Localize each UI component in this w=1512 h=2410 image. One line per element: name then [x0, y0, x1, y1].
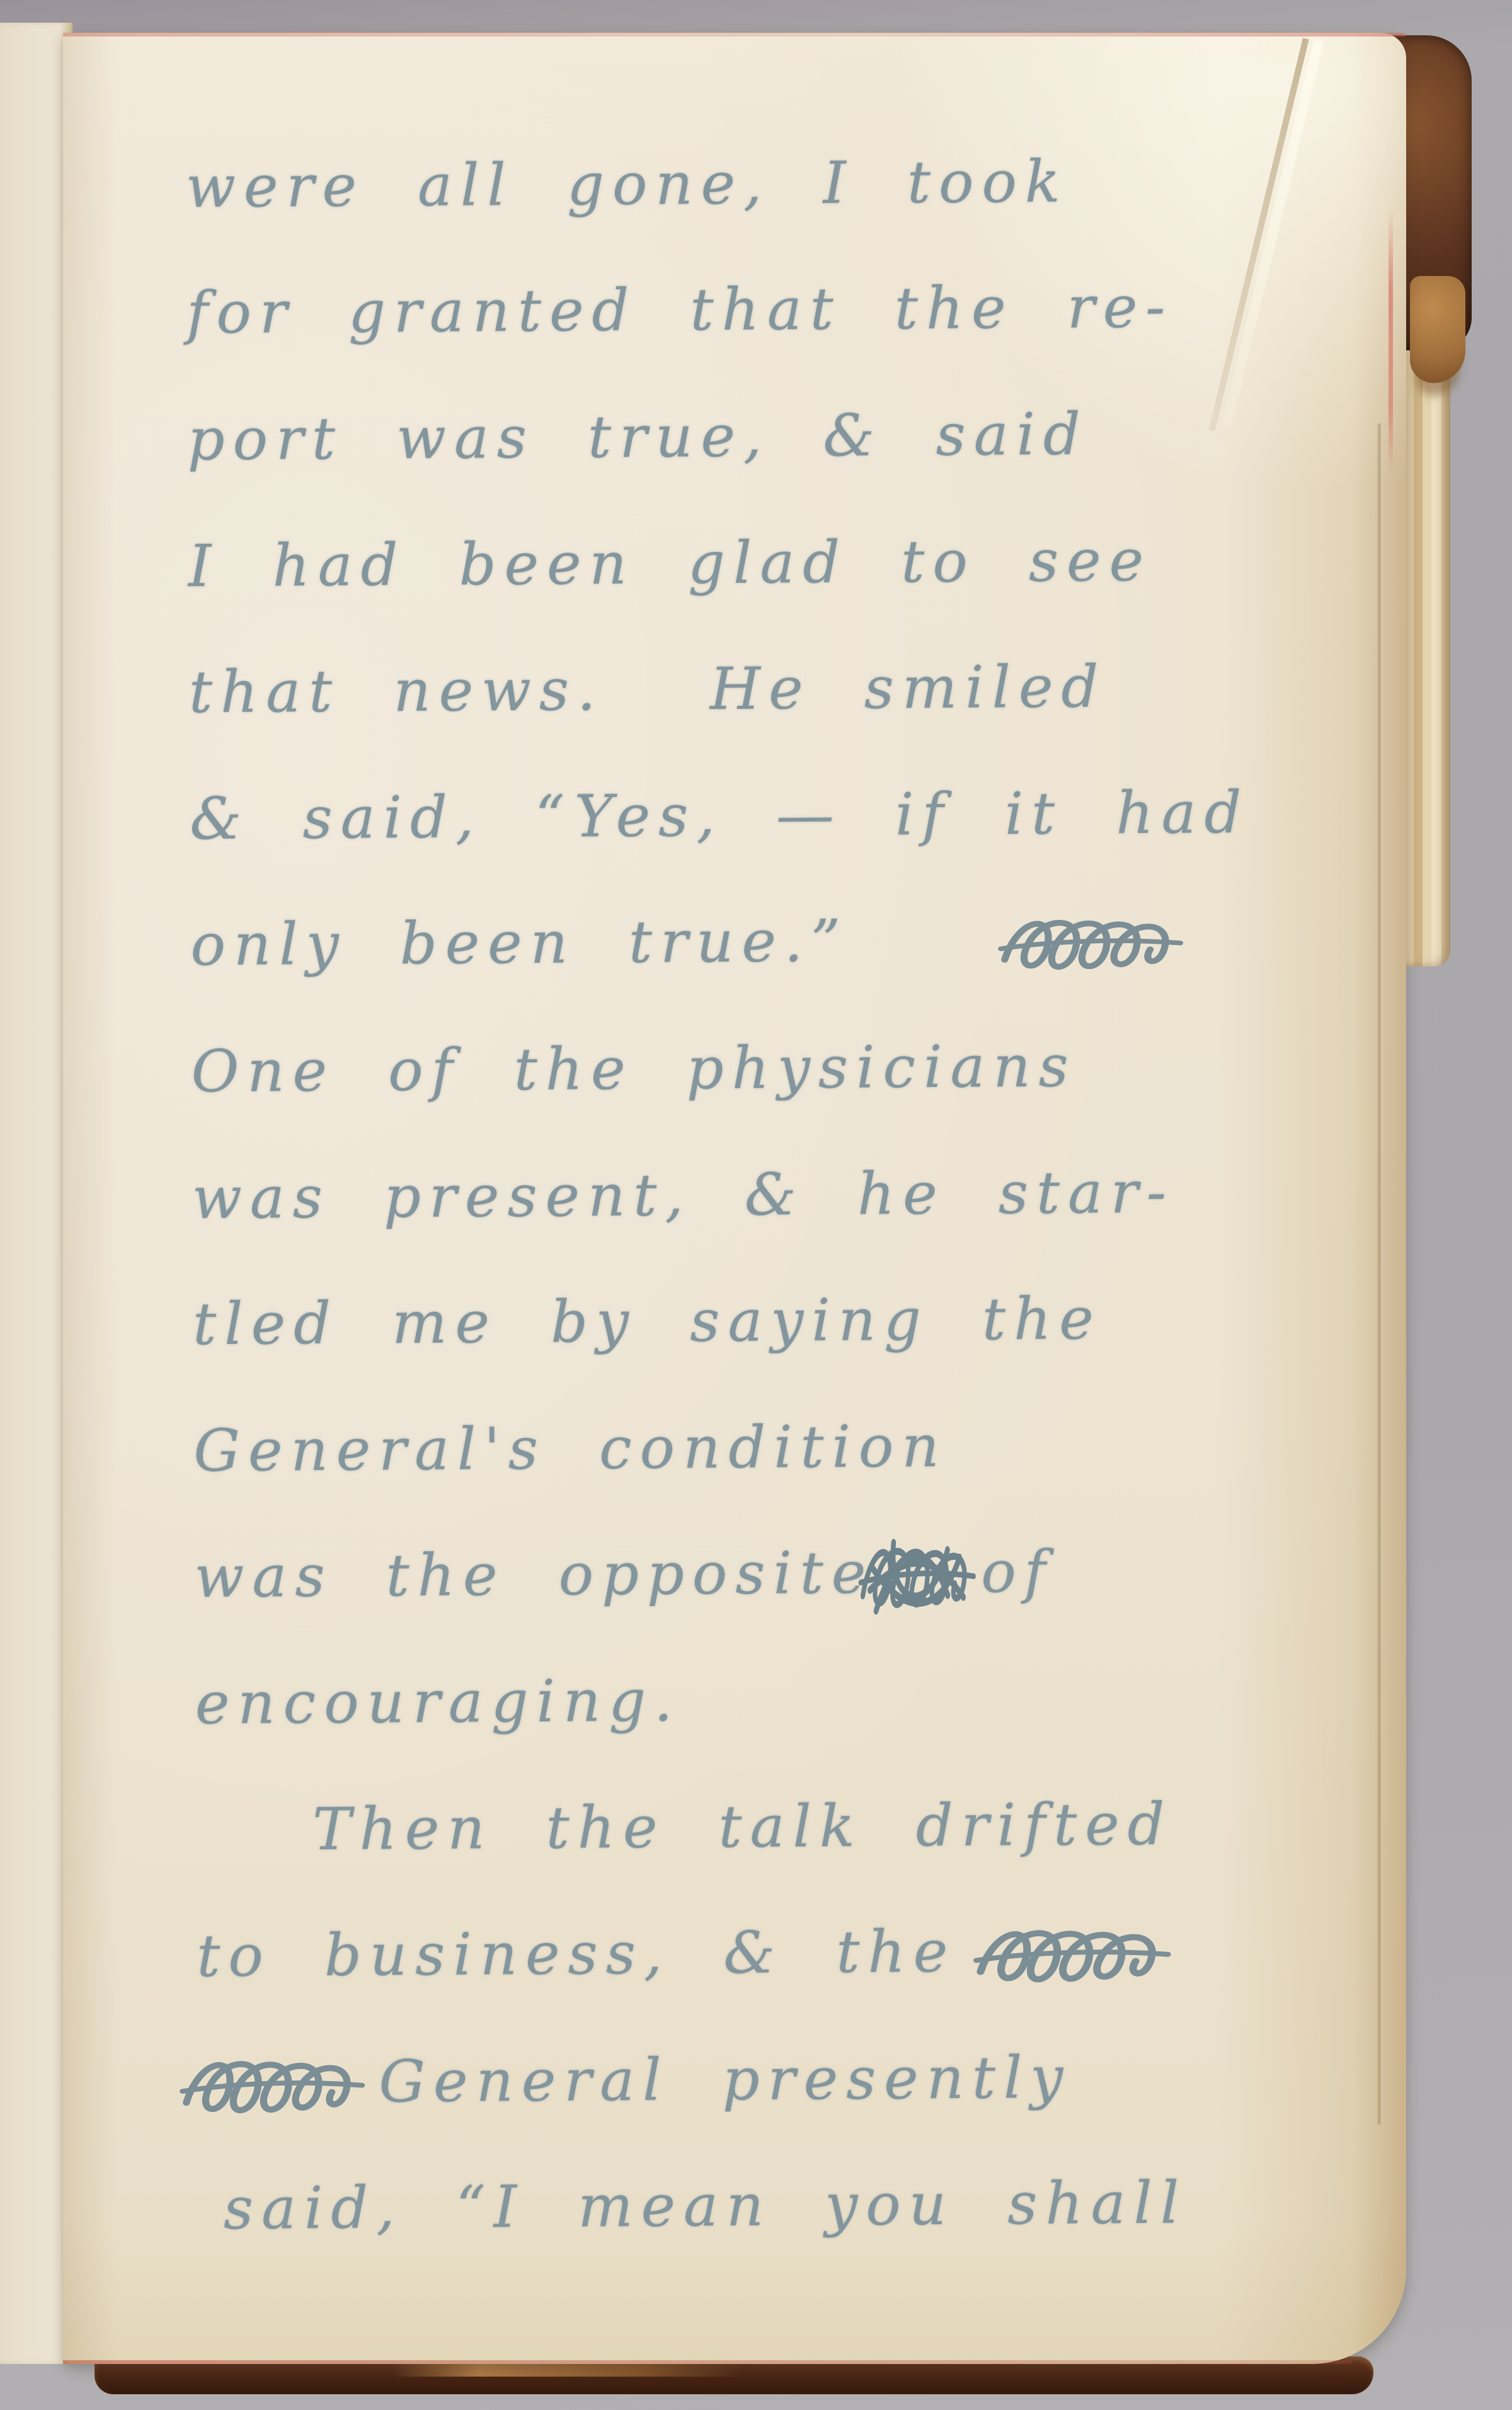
red-edge-stain-top	[63, 33, 1406, 37]
handwriting-text: was the opposite	[194, 1539, 874, 1611]
scribble-strikeout	[857, 1529, 978, 1624]
handwriting-line: One of the physicians	[191, 1001, 1483, 1135]
handwriting-line: encouraging.	[195, 1632, 1487, 1767]
handwritten-text: were all gone, I tookfor granted that th…	[186, 116, 1491, 2273]
handwriting-text: & said, “Yes, — if it had	[190, 779, 1250, 852]
red-edge-stain-bottom	[63, 2360, 1353, 2364]
notebook-page: were all gone, I tookfor granted that th…	[63, 33, 1406, 2364]
handwriting-line: & said, “Yes, — if it had	[190, 748, 1482, 882]
handwriting-line: port was true, & said	[187, 369, 1479, 503]
handwriting-line: were all gone, I took	[186, 116, 1478, 250]
handwriting-line: tled me by saying the	[193, 1253, 1485, 1387]
handwriting-text: of	[981, 1538, 1054, 1606]
scribble-strikeout	[972, 1913, 1174, 1996]
handwriting-text: General presently	[379, 2043, 1071, 2115]
handwriting-text: encouraging.	[195, 1667, 681, 1737]
handwriting-line: Then the talk drifted	[196, 1759, 1488, 1893]
handwriting-line: was the oppositeof	[194, 1506, 1486, 1640]
handwriting-text: to business, & the	[197, 1918, 956, 1990]
handwriting-text: General's condition	[193, 1413, 948, 1484]
scribble-strikeout	[178, 2045, 368, 2128]
handwriting-line: General presently	[167, 2012, 1489, 2146]
handwriting-text: I had been glad to see	[188, 527, 1152, 600]
handwriting-text: were all gone, I took	[186, 148, 1068, 221]
handwriting-line: was present, & he star-	[192, 1127, 1484, 1261]
handwriting-text: Then the talk drifted	[312, 1790, 1173, 1862]
handwriting-text: that news. He smiled	[189, 653, 1107, 726]
handwriting-line: General's condition	[193, 1380, 1486, 1514]
notebook-photo: were all gone, I tookfor granted that th…	[0, 0, 1512, 2410]
scribble-strikeout	[997, 904, 1186, 983]
handwriting-line: I had been glad to see	[188, 495, 1480, 629]
torn-page-stub	[0, 23, 72, 2364]
handwriting-text: was present, & he star-	[192, 1158, 1175, 1232]
handwriting-text: One of the physicians	[191, 1033, 1077, 1106]
handwriting-text: only been true.”	[190, 907, 849, 978]
handwriting-line: said, “I mean you shall	[223, 2138, 1490, 2272]
handwriting-line: that news. He smiled	[189, 621, 1481, 755]
handwriting-text: said, “I mean you shall	[223, 2169, 1187, 2242]
handwriting-line: to business, & the	[197, 1885, 1489, 2019]
handwriting-text: port was true, & said	[187, 401, 1089, 474]
handwriting-text: for granted that the re-	[186, 273, 1174, 347]
handwriting-line: only been true.”	[190, 874, 1482, 1008]
handwriting-line: for granted that the re-	[186, 242, 1479, 376]
handwriting-text: tled me by saying the	[193, 1285, 1102, 1358]
